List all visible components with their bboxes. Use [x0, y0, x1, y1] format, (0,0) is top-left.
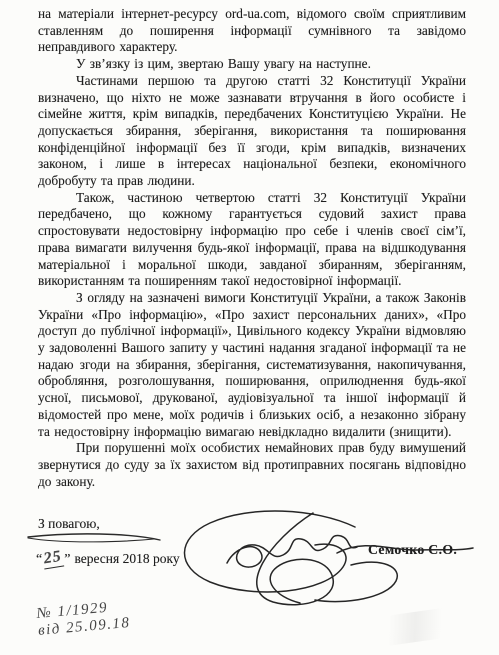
- salutation-underline-stroke: [24, 530, 164, 546]
- paragraph: При порушенні моїх особистих немайнових …: [38, 440, 466, 490]
- paragraph: Частинами першою та другою статті 32 Кон…: [38, 73, 466, 190]
- paragraph: У зв’язку із цим, звертаю Вашу увагу на …: [38, 56, 466, 73]
- scanned-letter-page: на матеріали інтернет-ресурсу ord-ua.com…: [0, 0, 499, 655]
- date-text: вересня 2018 року: [74, 551, 179, 566]
- close-quote: ”: [64, 552, 70, 567]
- letter-body: на матеріали інтернет-ресурсу ord-ua.com…: [38, 6, 466, 490]
- signature-scrawl: [165, 505, 477, 623]
- registration-note: № 1/1929 від 25.09.18: [36, 598, 131, 640]
- date-line: “25”вересня 2018 року: [36, 550, 180, 569]
- paragraph: Також, частиною четвертою статті 32 Конс…: [38, 190, 466, 290]
- paragraph: на матеріали інтернет-ресурсу ord-ua.com…: [38, 6, 466, 56]
- paragraph: З огляду на зазначені вимоги Конституції…: [38, 290, 466, 440]
- handwritten-day: 25: [42, 548, 65, 570]
